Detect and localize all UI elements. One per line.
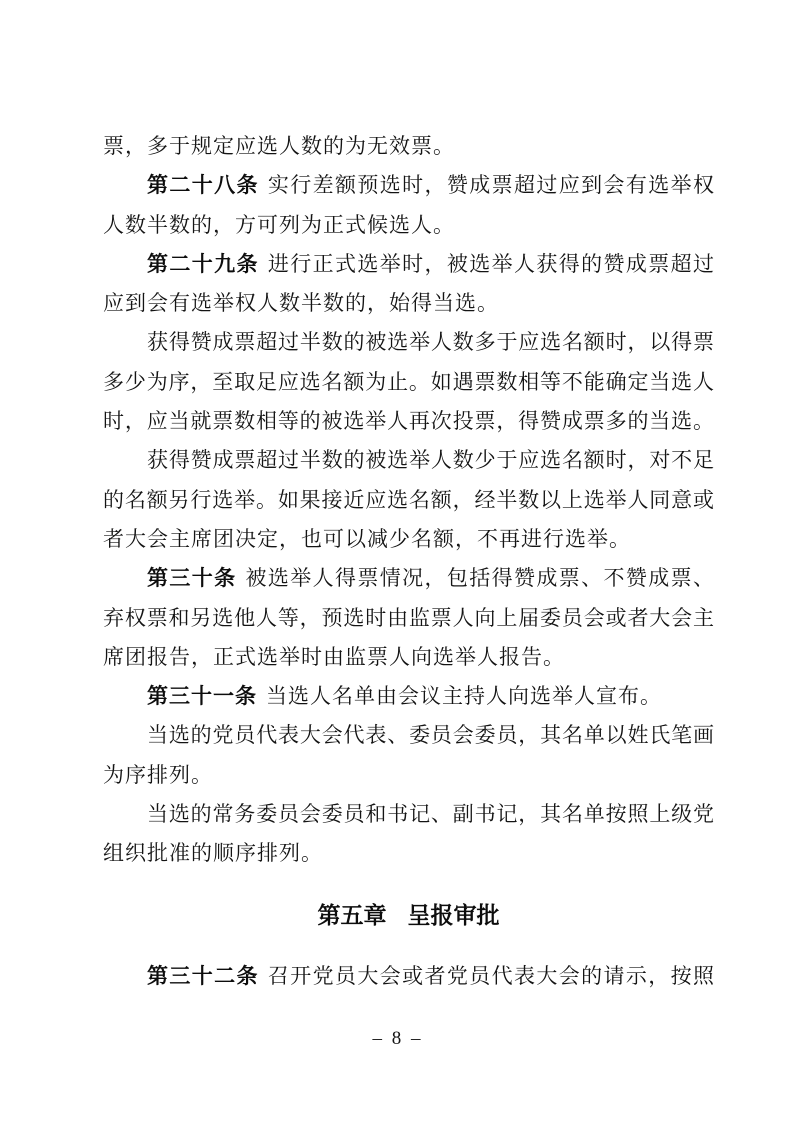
line-text: 为序排列。 [103, 763, 213, 787]
body-line: 第三十条被选举人得票情况，包括得赞成票、不赞成票、 [103, 559, 714, 598]
document-page: 票，多于规定应选人数的为无效票。第二十八条实行差额预选时，赞成票超过应到会有选举… [0, 0, 793, 1122]
body-line: 第二十八条实行差额预选时，赞成票超过应到会有选举权 [103, 166, 714, 205]
line-text: 的名额另行选举。如果接近应选名额，经半数以上选举人同意或 [103, 488, 714, 512]
body-line: 时，应当就票数相等的被选举人再次投票，得赞成票多的当选。 [103, 402, 714, 441]
chapter-heading-label: 第五章 [318, 902, 387, 928]
chapter-heading: 第五章呈报审批 [103, 894, 714, 936]
line-text: 当选人名单由会议主持人向选举人宣布。 [266, 684, 662, 708]
line-text: 席团报告，正式选举时由监票人向选举人报告。 [103, 645, 565, 669]
line-text: 时，应当就票数相等的被选举人再次投票，得赞成票多的当选。 [103, 409, 714, 433]
lines-before-heading: 票，多于规定应选人数的为无效票。第二十八条实行差额预选时，赞成票超过应到会有选举… [103, 127, 714, 874]
page-footer: – 8 – [0, 1024, 793, 1054]
line-text: 应到会有选举权人数半数的，始得当选。 [103, 291, 499, 315]
body-line: 应到会有选举权人数半数的，始得当选。 [103, 284, 714, 323]
body-line: 获得赞成票超过半数的被选举人数少于应选名额时，对不足 [103, 441, 714, 480]
article-number: 第二十八条 [147, 174, 259, 197]
body-line: 第三十一条当选人名单由会议主持人向选举人宣布。 [103, 677, 714, 716]
line-text: 召开党员大会或者党员代表大会的请示，按照 [268, 964, 714, 988]
line-text: 多少为序，至取足应选名额为止。如遇票数相等不能确定当选人 [103, 370, 714, 394]
line-text: 获得赞成票超过半数的被选举人数多于应选名额时，以得票 [147, 330, 714, 354]
line-text: 弃权票和另选他人等，预选时由监票人向上届委员会或者大会主 [103, 606, 714, 630]
body-line: 的名额另行选举。如果接近应选名额，经半数以上选举人同意或 [103, 481, 714, 520]
body-line: 获得赞成票超过半数的被选举人数多于应选名额时，以得票 [103, 323, 714, 362]
body-line: 为序排列。 [103, 756, 714, 795]
article-number: 第二十九条 [147, 253, 259, 276]
article-number: 第三十二条 [147, 965, 259, 988]
body-line: 票，多于规定应选人数的为无效票。 [103, 127, 714, 166]
chapter-heading-title: 呈报审批 [408, 902, 500, 928]
body-line: 第二十九条进行正式选举时，被选举人获得的赞成票超过 [103, 245, 714, 284]
body-line: 弃权票和另选他人等，预选时由监票人向上届委员会或者大会主 [103, 599, 714, 638]
article-number: 第三十一条 [147, 685, 257, 708]
body-text-block: 票，多于规定应选人数的为无效票。第二十八条实行差额预选时，赞成票超过应到会有选举… [103, 127, 714, 996]
article-number: 第三十条 [147, 567, 237, 590]
line-text: 被选举人得票情况，包括得赞成票、不赞成票、 [246, 566, 715, 590]
body-line: 多少为序，至取足应选名额为止。如遇票数相等不能确定当选人 [103, 363, 714, 402]
line-text: 组织批准的顺序排列。 [103, 841, 323, 865]
line-text: 人数半数的，方可列为正式候选人。 [103, 213, 455, 237]
lines-after-heading: 第三十二条召开党员大会或者党员代表大会的请示，按照 [103, 957, 714, 996]
line-text: 获得赞成票超过半数的被选举人数少于应选名额时，对不足 [147, 448, 714, 472]
page-number: – 8 – [373, 1028, 421, 1049]
line-text: 者大会主席团决定，也可以减少名额，不再进行选举。 [103, 527, 631, 551]
body-line: 当选的常务委员会委员和书记、副书记，其名单按照上级党 [103, 795, 714, 834]
line-text: 票，多于规定应选人数的为无效票。 [103, 134, 455, 158]
line-text: 进行正式选举时，被选举人获得的赞成票超过 [268, 252, 714, 276]
body-line: 人数半数的，方可列为正式候选人。 [103, 206, 714, 245]
body-line: 当选的党员代表大会代表、委员会委员，其名单以姓氏笔画 [103, 716, 714, 755]
body-line: 组织批准的顺序排列。 [103, 834, 714, 873]
line-text: 当选的党员代表大会代表、委员会委员，其名单以姓氏笔画 [147, 723, 714, 747]
body-line: 第三十二条召开党员大会或者党员代表大会的请示，按照 [103, 957, 714, 996]
line-text: 当选的常务委员会委员和书记、副书记，其名单按照上级党 [147, 802, 714, 826]
line-text: 实行差额预选时，赞成票超过应到会有选举权 [268, 173, 714, 197]
body-line: 席团报告，正式选举时由监票人向选举人报告。 [103, 638, 714, 677]
body-line: 者大会主席团决定，也可以减少名额，不再进行选举。 [103, 520, 714, 559]
